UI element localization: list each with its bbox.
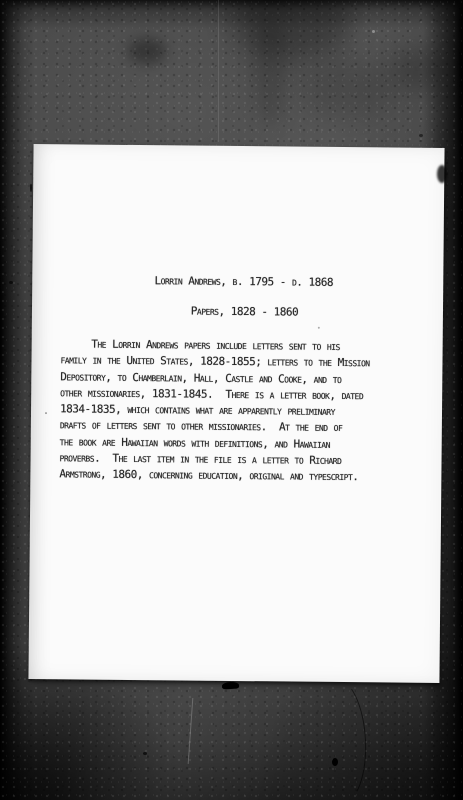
microfilm-scan-frame: Lorrin Andrews, b. 1795 - d. 1868 Papers… [0, 0, 463, 800]
film-smudge [300, 58, 395, 120]
document-subtitle: Papers, 1828 - 1860 [46, 302, 443, 322]
ink-blot [222, 682, 239, 690]
film-smudge [255, 15, 285, 125]
film-speck [372, 30, 375, 33]
scanned-page: Lorrin Andrews, b. 1795 - d. 1868 Papers… [28, 144, 444, 683]
page-edge-mark [437, 165, 447, 183]
page-speck [318, 327, 320, 329]
film-speck [9, 281, 13, 284]
page-speck [45, 412, 47, 414]
film-background: Lorrin Andrews, b. 1795 - d. 1868 Papers… [0, 0, 463, 800]
document-body: The Lorrin Andrews papers include letter… [59, 336, 370, 486]
film-speck [143, 752, 147, 755]
film-scratch [218, 0, 219, 142]
film-speck [419, 134, 423, 137]
film-smudge [392, 48, 444, 90]
film-speck [30, 184, 32, 192]
film-smudge [128, 38, 166, 64]
document-title: Lorrin Andrews, b. 1795 - d. 1868 [44, 272, 443, 292]
